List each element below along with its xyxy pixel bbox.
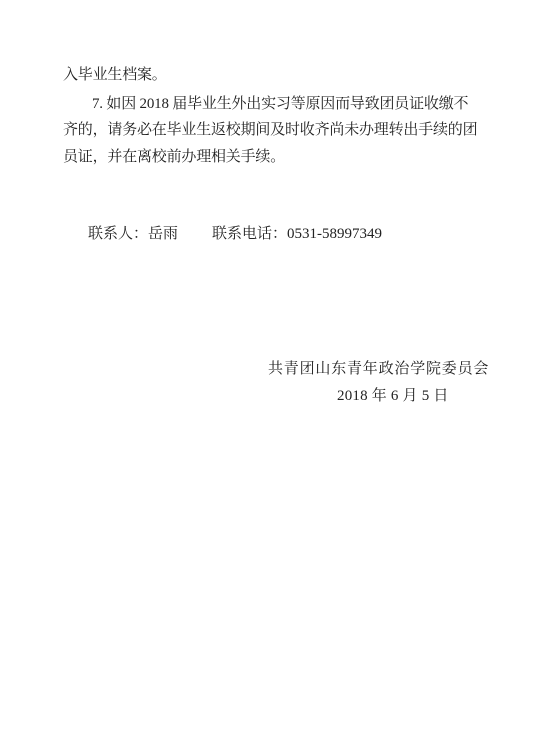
signature-organization: 共青团山东青年政治学院委员会 (268, 356, 489, 383)
paragraph-fragment: 入毕业生档案。 (63, 62, 167, 89)
paragraph7-line-2: 齐的，请务必在毕业生返校期间及时收齐尚未办理转出手续的团 (63, 117, 477, 144)
contact-phone-label: 联系电话： (212, 221, 287, 248)
contact-person-name: 岳雨 (148, 221, 178, 248)
document-page: 入毕业生档案。 7. 如因 2018 届毕业生外出实习等原因而导致团员证收缴不 … (0, 0, 551, 752)
contact-person-label: 联系人： (88, 221, 148, 248)
contact-line: 联系人： 岳雨 联系电话： 0531-58997349 (88, 221, 382, 248)
paragraph7-line-3: 员证，并在离校前办理相关手续。 (63, 144, 285, 171)
signature-date: 2018 年 6 月 5 日 (337, 383, 449, 410)
paragraph7-line-1: 7. 如因 2018 届毕业生外出实习等原因而导致团员证收缴不 (92, 91, 468, 118)
contact-phone-number: 0531-58997349 (287, 221, 382, 248)
